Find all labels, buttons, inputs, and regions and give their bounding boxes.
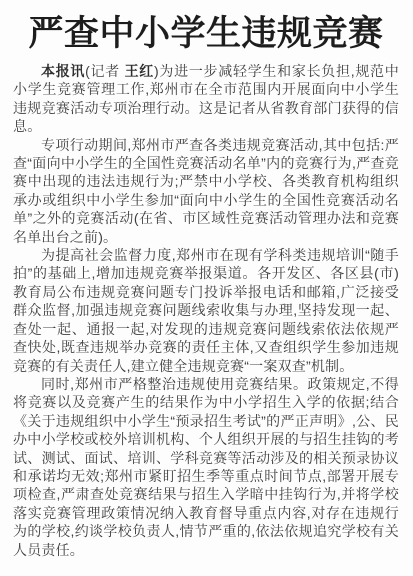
reporter-name: 王红 (125, 63, 154, 79)
paragraph-lead: 本报讯(记者 王红)为进一步减轻学生和家长负担,规范中小学生竞赛管理工作,郑州市… (13, 62, 399, 136)
paragraph-3: 为提高社会监督力度,郑州市在现有学科类违规培训“随手拍”的基础上,增加违规竞赛举… (13, 246, 399, 375)
reporter-prefix: (记者 (85, 63, 124, 79)
newspaper-article-page: 严查中小学生违规竞赛 本报讯(记者 王红)为进一步减轻学生和家长负担,规范中小学… (0, 0, 413, 576)
article-body: 本报讯(记者 王红)为进一步减轻学生和家长负担,规范中小学生竞赛管理工作,郑州市… (13, 62, 399, 559)
article-headline: 严查中小学生违规竞赛 (13, 13, 399, 55)
paragraph-4: 同时,郑州市严格整治违规使用竞赛结果。政策规定,不得将竞赛以及竞赛产生的结果作为… (13, 375, 399, 559)
dateline-label: 本报讯 (41, 63, 85, 79)
paragraph-2: 专项行动期间,郑州市严查各类违规竞赛活动,其中包括:严查“面向中小学生的全国性竞… (13, 136, 399, 246)
